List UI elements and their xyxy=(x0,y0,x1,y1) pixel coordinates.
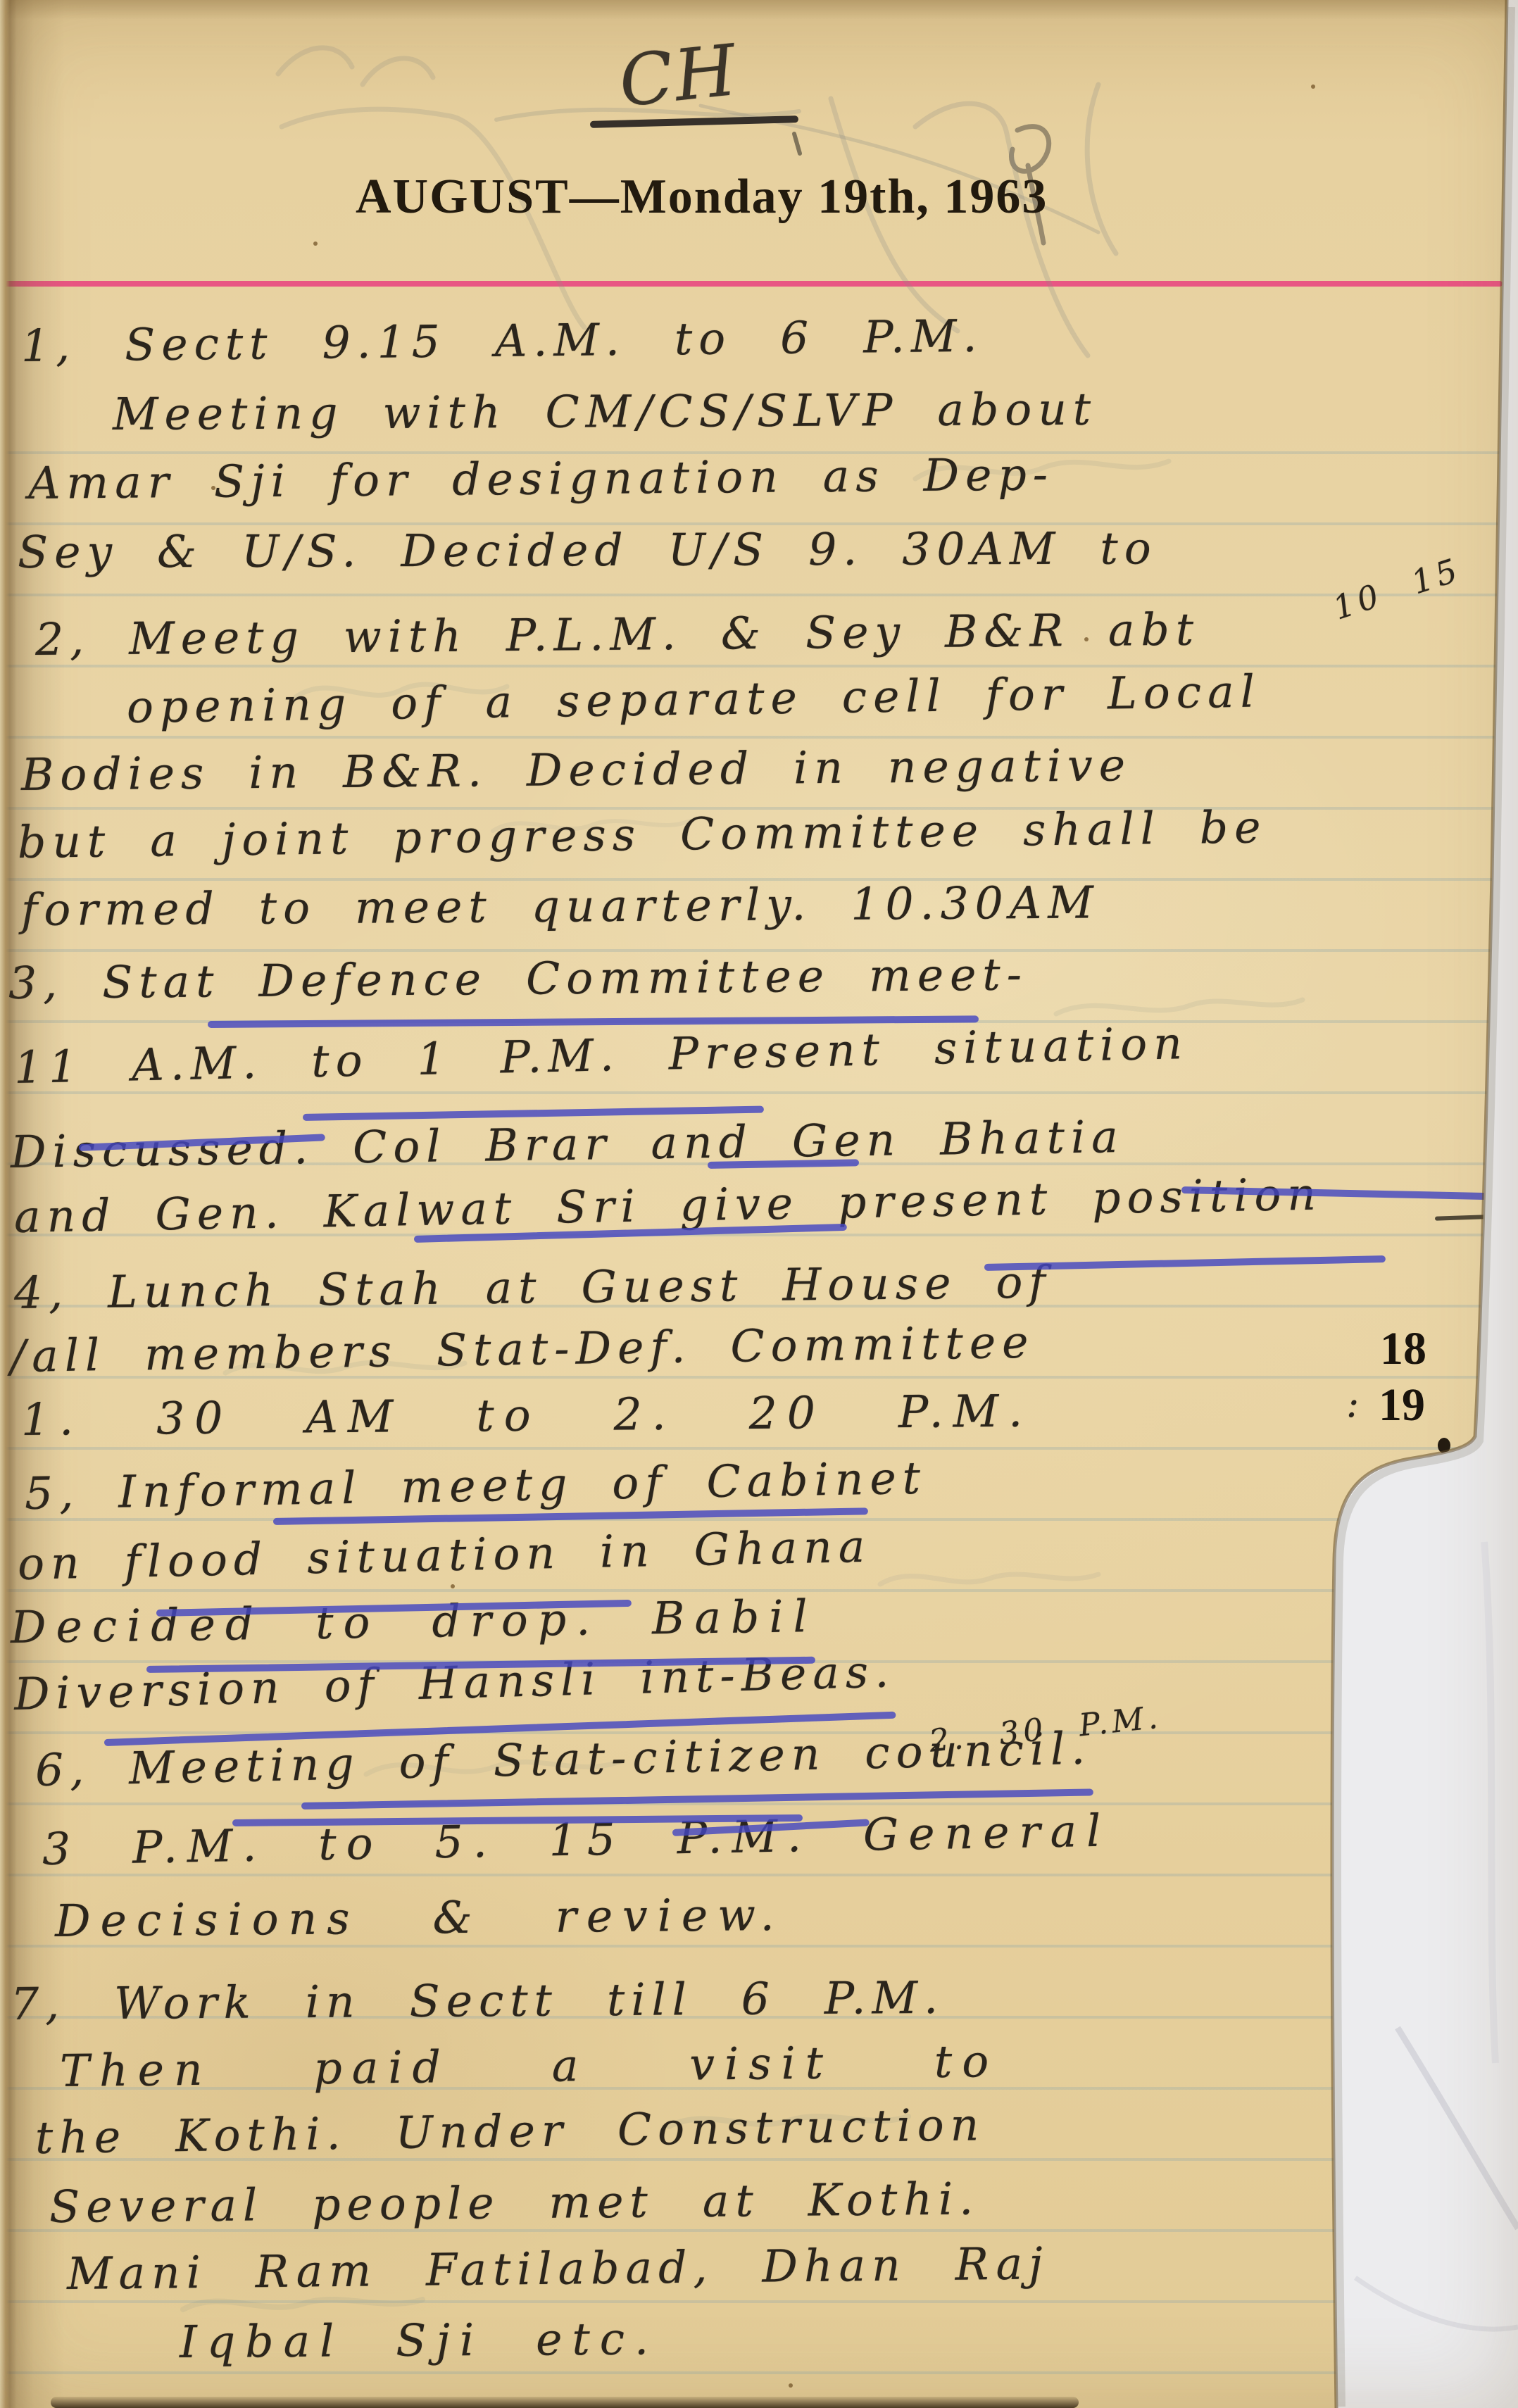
diary-page: CH AUGUST—Monday 19th, 1963 1, Sectt 9.1… xyxy=(0,0,1518,2408)
backing-sheet xyxy=(0,0,1518,2408)
